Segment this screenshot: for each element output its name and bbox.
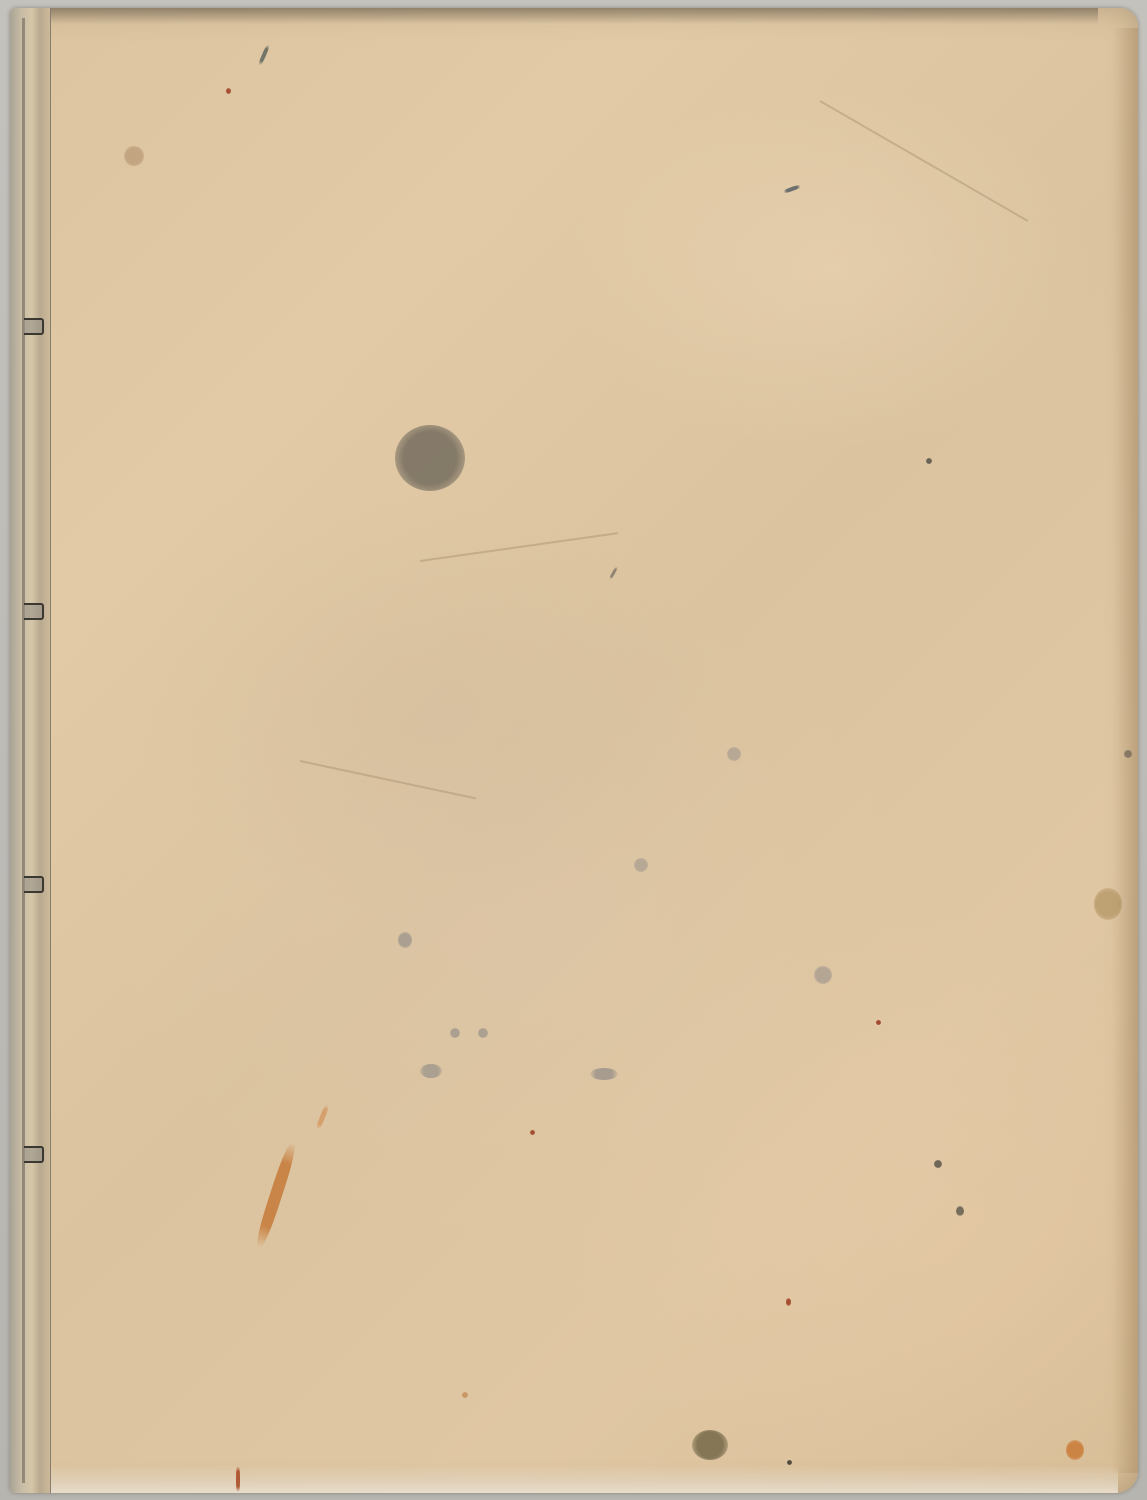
ink-mark-hook xyxy=(783,184,801,194)
top-edge-shadow xyxy=(30,8,1098,24)
grey-smudge-4 xyxy=(398,932,412,948)
dot-4 xyxy=(1124,750,1132,758)
rust-dot-6 xyxy=(787,1460,792,1465)
scan-background xyxy=(0,0,1147,1500)
bottom-edge-highlight xyxy=(40,1465,1118,1493)
rust-streak xyxy=(253,1141,298,1249)
dot-1 xyxy=(934,1160,942,1168)
spine-stitch-3 xyxy=(24,876,44,893)
small-ink-blot-bottom xyxy=(692,1430,728,1460)
rust-dot-2 xyxy=(226,88,231,94)
rust-dot-1 xyxy=(876,1020,881,1025)
dot-3 xyxy=(926,458,932,464)
spine-groove xyxy=(22,18,25,1483)
tan-spot-right xyxy=(1094,888,1122,920)
crease-mid xyxy=(420,532,618,562)
spine-stitch-1 xyxy=(24,318,44,335)
dot-2 xyxy=(956,1206,964,1216)
rust-dot-3 xyxy=(530,1130,535,1135)
crease-mid-2 xyxy=(300,760,476,799)
spine-stitch-4 xyxy=(24,1146,44,1163)
grey-smudge-1 xyxy=(590,1068,618,1080)
rust-dot-4 xyxy=(462,1392,468,1398)
rust-streak-tip xyxy=(315,1104,329,1130)
grey-smudge-2 xyxy=(814,966,832,984)
rust-drip-bottom xyxy=(236,1466,240,1492)
grey-smudge-5 xyxy=(450,1028,460,1038)
rust-dot-5 xyxy=(786,1298,791,1306)
spine-stitch-2 xyxy=(24,603,44,620)
rust-spot-bottom-right xyxy=(1066,1440,1084,1460)
tan-spot-top-left xyxy=(124,146,144,166)
ink-mark-top xyxy=(258,44,271,66)
grey-smudge-8 xyxy=(727,747,741,761)
ink-dash-mid xyxy=(609,566,619,580)
large-ink-blot xyxy=(395,425,465,491)
crease-top-right xyxy=(820,100,1029,222)
grey-smudge-7 xyxy=(634,858,648,872)
grey-smudge-6 xyxy=(478,1028,488,1038)
grey-smudge-3 xyxy=(420,1064,442,1078)
book-spine xyxy=(10,8,51,1493)
parchment-book-cover xyxy=(10,8,1138,1493)
